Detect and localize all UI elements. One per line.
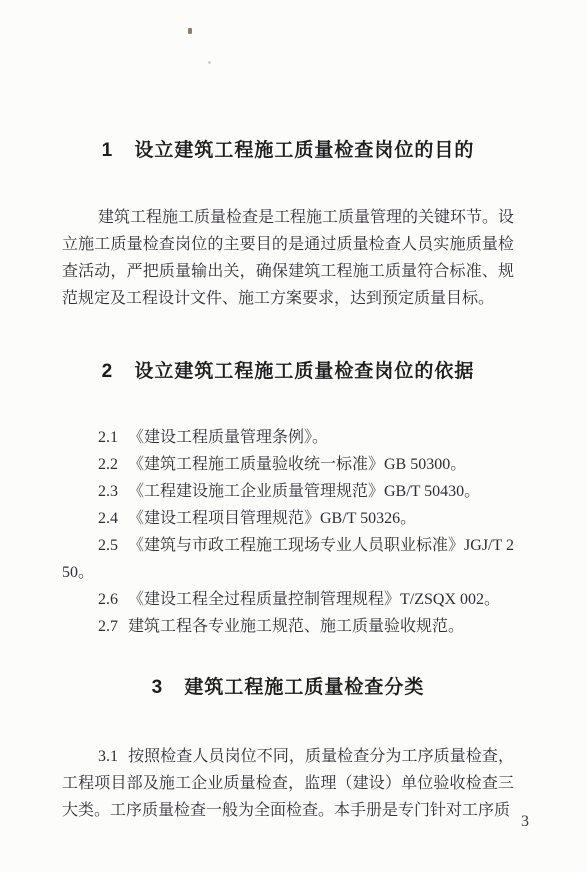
section-3-paragraph: 3.1按照检查人员岗位不同，质量检查分为工序质量检查，工程项目部及施工企业质量检…	[62, 743, 514, 824]
item-number: 2.7	[98, 618, 118, 635]
item-text: 按照检查人员岗位不同，质量检查分为工序质量检查，工程项目部及施工企业质量检查，监…	[62, 748, 514, 819]
item-number: 3.1	[98, 748, 118, 765]
section-1-heading: 1 设立建筑工程施工质量检查岗位的目的	[62, 138, 514, 164]
section-number: 1	[102, 140, 113, 161]
reference-item: 2.2《建筑工程施工质量验收统一标准》GB 50300。	[62, 451, 514, 478]
page-number: 3	[521, 811, 529, 833]
section-number: 3	[152, 677, 163, 698]
reference-item: 2.4《建设工程项目管理规范》GB/T 50326。	[62, 505, 514, 532]
item-number: 2.5	[98, 537, 118, 554]
scan-speck	[188, 28, 192, 34]
section-1-paragraph: 建筑工程施工质量检查是工程施工质量管理的关键环节。设立施工质量检查岗位的主要目的…	[62, 204, 514, 312]
item-number: 2.6	[98, 591, 118, 608]
reference-item: 2.3《工程建设施工企业质量管理规范》GB/T 50430。	[62, 478, 514, 505]
item-text: 《建筑与市政工程施工现场专业人员职业标准》JGJ/T 250。	[62, 537, 514, 581]
scan-speck	[208, 61, 211, 64]
page-content: 1 设立建筑工程施工质量检查岗位的目的 建筑工程施工质量检查是工程施工质量管理的…	[62, 138, 514, 824]
section-title: 设立建筑工程施工质量检查岗位的依据	[134, 361, 474, 382]
section-title: 建筑工程施工质量检查分类	[184, 677, 424, 698]
item-number: 2.2	[98, 456, 118, 473]
document-page: 1 设立建筑工程施工质量检查岗位的目的 建筑工程施工质量检查是工程施工质量管理的…	[0, 0, 586, 872]
section-2-heading: 2 设立建筑工程施工质量检查岗位的依据	[62, 359, 514, 385]
item-text: 《建设工程质量管理条例》。	[128, 429, 328, 446]
section-3-heading: 3 建筑工程施工质量检查分类	[62, 675, 514, 701]
item-number: 2.1	[98, 429, 118, 446]
section-1: 1 设立建筑工程施工质量检查岗位的目的 建筑工程施工质量检查是工程施工质量管理的…	[62, 138, 514, 312]
item-text: 建筑工程各专业施工规范、施工质量验收规范。	[128, 618, 464, 635]
item-text: 《工程建设施工企业质量管理规范》GB/T 50430。	[128, 483, 480, 500]
item-text: 《建筑工程施工质量验收统一标准》GB 50300。	[128, 456, 466, 473]
reference-item: 2.5《建筑与市政工程施工现场专业人员职业标准》JGJ/T 250。	[62, 532, 514, 586]
reference-item: 2.6《建设工程全过程质量控制管理规程》T/ZSQX 002。	[62, 586, 514, 613]
item-number: 2.3	[98, 483, 118, 500]
section-3: 3 建筑工程施工质量检查分类 3.1按照检查人员岗位不同，质量检查分为工序质量检…	[62, 675, 514, 824]
item-number: 2.4	[98, 510, 118, 527]
item-text: 《建设工程全过程质量控制管理规程》T/ZSQX 002。	[128, 591, 500, 608]
section-2: 2 设立建筑工程施工质量检查岗位的依据 2.1《建设工程质量管理条例》。 2.2…	[62, 359, 514, 640]
section-number: 2	[102, 361, 113, 382]
section-title: 设立建筑工程施工质量检查岗位的目的	[134, 140, 474, 161]
reference-item: 2.7建筑工程各专业施工规范、施工质量验收规范。	[62, 613, 514, 640]
item-text: 《建设工程项目管理规范》GB/T 50326。	[128, 510, 416, 527]
reference-item: 2.1《建设工程质量管理条例》。	[62, 424, 514, 451]
reference-list: 2.1《建设工程质量管理条例》。 2.2《建筑工程施工质量验收统一标准》GB 5…	[62, 424, 514, 640]
